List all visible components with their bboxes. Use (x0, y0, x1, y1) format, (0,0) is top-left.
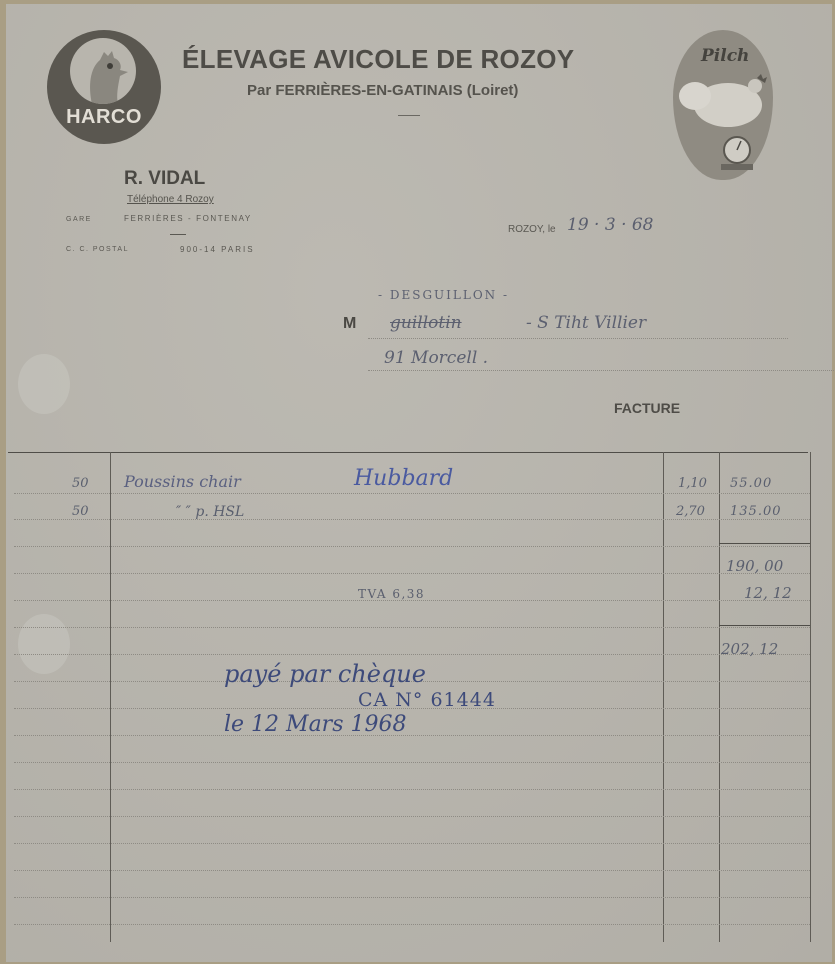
column-divider-unit-price (663, 452, 664, 942)
recipient-line-1 (368, 338, 788, 339)
hen-on-scale-logo-icon (673, 30, 773, 180)
hen-head-logo-icon (70, 38, 136, 104)
postal-label: C. C. POSTAL (66, 246, 129, 253)
subtotal-amount: 190, 00 (726, 557, 783, 575)
station-value: FERRIÈRES - FONTENAY (124, 214, 252, 223)
recipient-name-correction: - DESGUILLON - (378, 288, 509, 302)
ruled-line (14, 627, 810, 628)
total-amount: 202, 12 (721, 640, 778, 658)
ruled-line (14, 870, 810, 871)
payment-note-line-3: le 12 Mars 1968 (224, 712, 406, 737)
station-label: GARE (66, 216, 92, 223)
postal-value: 900-14 PARIS (180, 245, 255, 254)
punch-hole-mark (18, 354, 70, 414)
subtotal-rule (719, 543, 810, 544)
header-divider (398, 115, 420, 116)
recipient-address: 91 Morcell . (384, 348, 488, 368)
date-prefix: ROZOY, le (508, 224, 556, 235)
recipient-line-2 (368, 370, 834, 371)
harco-label: HARCO (47, 106, 161, 129)
company-location: Par FERRIÈRES-EN-GATINAIS (Loiret) (247, 82, 518, 99)
ruled-line (14, 546, 810, 547)
date-handwritten: 19 · 3 · 68 (567, 215, 654, 235)
invoice-paper: HARCO ÉLEVAGE AVICOLE DE ROZOY Par FERRI… (6, 4, 832, 962)
line-1-amount: 55.00 (730, 476, 772, 491)
ruled-line (14, 762, 810, 763)
payment-note-line-2: CA N° 61444 (358, 689, 496, 711)
sender-name: R. VIDAL (124, 168, 205, 190)
ruled-line (14, 789, 810, 790)
ruled-line (14, 843, 810, 844)
line-1-qty: 50 (72, 476, 89, 491)
line-2-amount: 135.00 (730, 504, 782, 519)
company-name: ÉLEVAGE AVICOLE DE ROZOY (182, 44, 574, 75)
sender-divider (170, 234, 186, 235)
payment-note-line-1: payé par chèque (224, 660, 426, 688)
line-2-unit-price: 2,70 (676, 504, 705, 519)
ruled-line (14, 816, 810, 817)
tax-label: TVA 6,38 (358, 587, 425, 601)
line-2-description: ″ ″ p. HSL (176, 504, 244, 520)
column-divider-amount (719, 452, 720, 942)
recipient-prefix: M (343, 315, 356, 333)
sender-phone: Téléphone 4 Rozoy (127, 194, 214, 205)
line-1-note: Hubbard (354, 466, 453, 491)
line-1-description: Poussins chair (124, 472, 241, 491)
ruled-line (14, 735, 810, 736)
ruled-line (14, 654, 810, 655)
punch-hole-mark (18, 614, 70, 674)
ruled-line (14, 573, 810, 574)
ruled-line (14, 493, 810, 494)
line-1-unit-price: 1,10 (678, 476, 707, 491)
pilch-logo: Pilch (673, 30, 773, 180)
recipient-name-rest: - S Tiht Villier (526, 313, 646, 333)
recipient-name-struck: guillotin (390, 313, 462, 333)
line-2-qty: 50 (72, 504, 89, 519)
column-divider-qty (110, 452, 111, 942)
total-rule (719, 625, 810, 626)
harco-logo: HARCO (47, 30, 161, 144)
ruled-line (14, 519, 810, 520)
tax-amount: 12, 12 (744, 584, 792, 602)
ruled-line (14, 897, 810, 898)
column-divider-right (810, 452, 811, 942)
table-top-rule (8, 452, 808, 453)
document-type: FACTURE (614, 400, 680, 416)
ruled-line (14, 924, 810, 925)
